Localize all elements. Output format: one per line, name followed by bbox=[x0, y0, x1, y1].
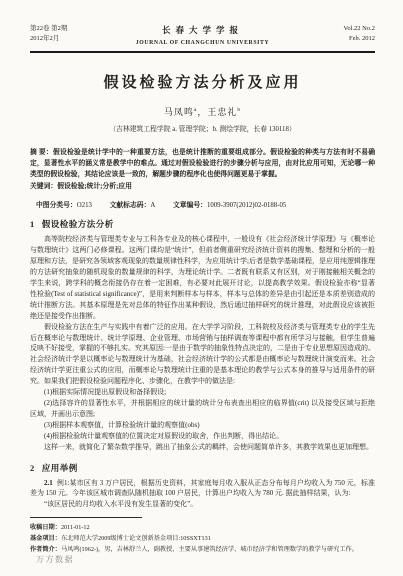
article-title: 假设检验方法分析及应用 bbox=[30, 71, 375, 92]
section-2-number: 2 bbox=[30, 463, 35, 473]
article-id-label: 文章编号： bbox=[173, 202, 207, 209]
article-id-value: 1009-3907(2012)02-0188-05 bbox=[207, 202, 286, 209]
author-2: 王忠礼 bbox=[207, 107, 237, 117]
author-bio-note: 作者简介：马凤鸣(1962-)，男，吉林舒兰人，副教授，主要从事建筑经济学、城市… bbox=[30, 544, 375, 555]
author-2-affiliation-mark: b bbox=[237, 107, 241, 113]
section-1-number: 1 bbox=[30, 219, 35, 229]
footnote-block: 收稿日期：2011-01-12 基金项目：东北师范大学2009级博士论文创新基金… bbox=[30, 522, 375, 555]
journal-title-cn: 长春大学学报 bbox=[100, 24, 305, 37]
abstract-label: 摘 要： bbox=[30, 149, 53, 156]
abstract-text: 假设检验是统计学中的一种重要方法，也是统计推断的重要组成部分。假设检验的种类与方… bbox=[30, 149, 375, 177]
author-1: 马凤鸣 bbox=[164, 107, 194, 117]
example-1-quote: “该区居民的月均收入水平没有发生显著的变化”。 bbox=[30, 499, 375, 510]
volume-issue-cn: 第22卷 第2期 bbox=[30, 24, 100, 34]
doc-code-label: 文献标志码： bbox=[110, 202, 151, 209]
fund-project-label: 基金项目： bbox=[30, 535, 61, 542]
author-bio-value: 马凤鸣(1962-)，男，吉林舒兰人，副教授，主要从事建筑经济学、城市经济学和管… bbox=[61, 546, 358, 553]
section-1-heading: 1假设检验方法分析 bbox=[30, 218, 375, 230]
header-vol-block: Vol.22 No.2 Feb. 2012 bbox=[305, 24, 375, 44]
footnote-divider bbox=[30, 517, 142, 518]
fund-project-value: 东北师范大学2009级博士论文创新基金项目:10SSXT131 bbox=[61, 535, 211, 542]
volume-issue-en: Vol.22 No.2 bbox=[305, 24, 375, 34]
step-item-3: (3)根据样本观察值，计算检验统计量的观察值(obs) bbox=[30, 420, 375, 431]
keywords-label: 关键词： bbox=[30, 183, 57, 190]
authors-line: 马凤鸣a，王忠礼b bbox=[30, 105, 375, 118]
section-2-heading: 2应用举例 bbox=[30, 462, 375, 474]
author-separator: ， bbox=[197, 107, 207, 117]
wanfang-data-watermark: 万方数据 bbox=[36, 554, 74, 565]
abstract-block: 摘 要：假设检验是统计学中的一种重要方法，也是统计推断的重要组成部分。假设检验的… bbox=[30, 148, 375, 180]
received-date-value: 2011-01-12 bbox=[61, 524, 90, 531]
journal-title-block: 长春大学学报 JOURNAL OF CHANGCHUN UNIVERSITY bbox=[100, 24, 305, 47]
paper-page: 第22卷 第2期 2012年2月 长春大学学报 JOURNAL OF CHANG… bbox=[0, 0, 403, 576]
article-id-pair: 文章编号：1009-3907(2012)02-0188-05 bbox=[173, 202, 286, 209]
journal-title-en: JOURNAL OF CHANGCHUN UNIVERSITY bbox=[100, 39, 305, 48]
clc-value: O213 bbox=[77, 202, 92, 209]
classification-line: 中图分类号：O213 文献标志码：A 文章编号：1009-3907(2012)0… bbox=[30, 199, 375, 209]
example-1-number: 2.1 bbox=[44, 479, 53, 487]
clc-pair: 中图分类号：O213 bbox=[36, 202, 92, 209]
step-item-1: (1)根据实际情况提出原假设和备择假设; bbox=[30, 387, 375, 398]
keywords-block: 关键词：假设检验;统计;分析;应用 bbox=[30, 182, 375, 193]
section-1-title: 假设检验方法分析 bbox=[42, 219, 114, 229]
keywords-text: 假设检验;统计;分析;应用 bbox=[57, 183, 132, 190]
doc-code-pair: 文献标志码：A bbox=[110, 202, 156, 209]
date-en: Feb. 2012 bbox=[305, 34, 375, 44]
section-1-paragraph-3: 这样一来，就简化了繁杂数学推导，跳出了抽象公式的羁绊，会使问题简单许多，其教学效… bbox=[30, 442, 375, 453]
clc-label: 中图分类号： bbox=[36, 202, 77, 209]
doc-code-value: A bbox=[150, 202, 155, 209]
fund-project-note: 基金项目：东北师范大学2009级博士论文创新基金项目:10SSXT131 bbox=[30, 533, 375, 544]
header-issue-block: 第22卷 第2期 2012年2月 bbox=[30, 24, 100, 44]
journal-header: 第22卷 第2期 2012年2月 长春大学学报 JOURNAL OF CHANG… bbox=[30, 24, 375, 47]
affiliation-line: （吉林建筑工程学院 a. 管理学院；b. 测绘学院，长春 130118） bbox=[30, 123, 375, 133]
author-bio-label: 作者简介： bbox=[30, 546, 61, 553]
example-1-text: 例1:某市区有 3 万户居民，根据历史资料，其家庭每月收入服从正态分布每月户均收… bbox=[30, 479, 375, 498]
section-2-title: 应用举例 bbox=[42, 463, 78, 473]
example-1-paragraph: 2.1例1:某市区有 3 万户居民，根据历史资料，其家庭每月收入服从正态分布每月… bbox=[30, 478, 375, 500]
received-date-label: 收稿日期： bbox=[30, 524, 61, 531]
received-date-note: 收稿日期：2011-01-12 bbox=[30, 522, 375, 533]
step-item-2: (2)选择容许的显著性水平，并根据相应的统计量的统计分布表查出相应的临界值(cr… bbox=[30, 398, 375, 420]
step-item-4: (4)根据检验统计量观察值的位置决定对原假设的取舍，作出判断，得出结论。 bbox=[30, 431, 375, 442]
header-divider bbox=[30, 51, 375, 53]
section-1-paragraph-2: 假设检验方法在生产与实践中有着广泛的应用。在大学学习阶段，工科院校及经济类与管理… bbox=[30, 322, 375, 387]
date-cn: 2012年2月 bbox=[30, 34, 100, 44]
section-1-paragraph-1: 高等院校经济类与管理类专业与工科各专业及的核心课程中，一般设有《社会经济统计学原… bbox=[30, 234, 375, 321]
